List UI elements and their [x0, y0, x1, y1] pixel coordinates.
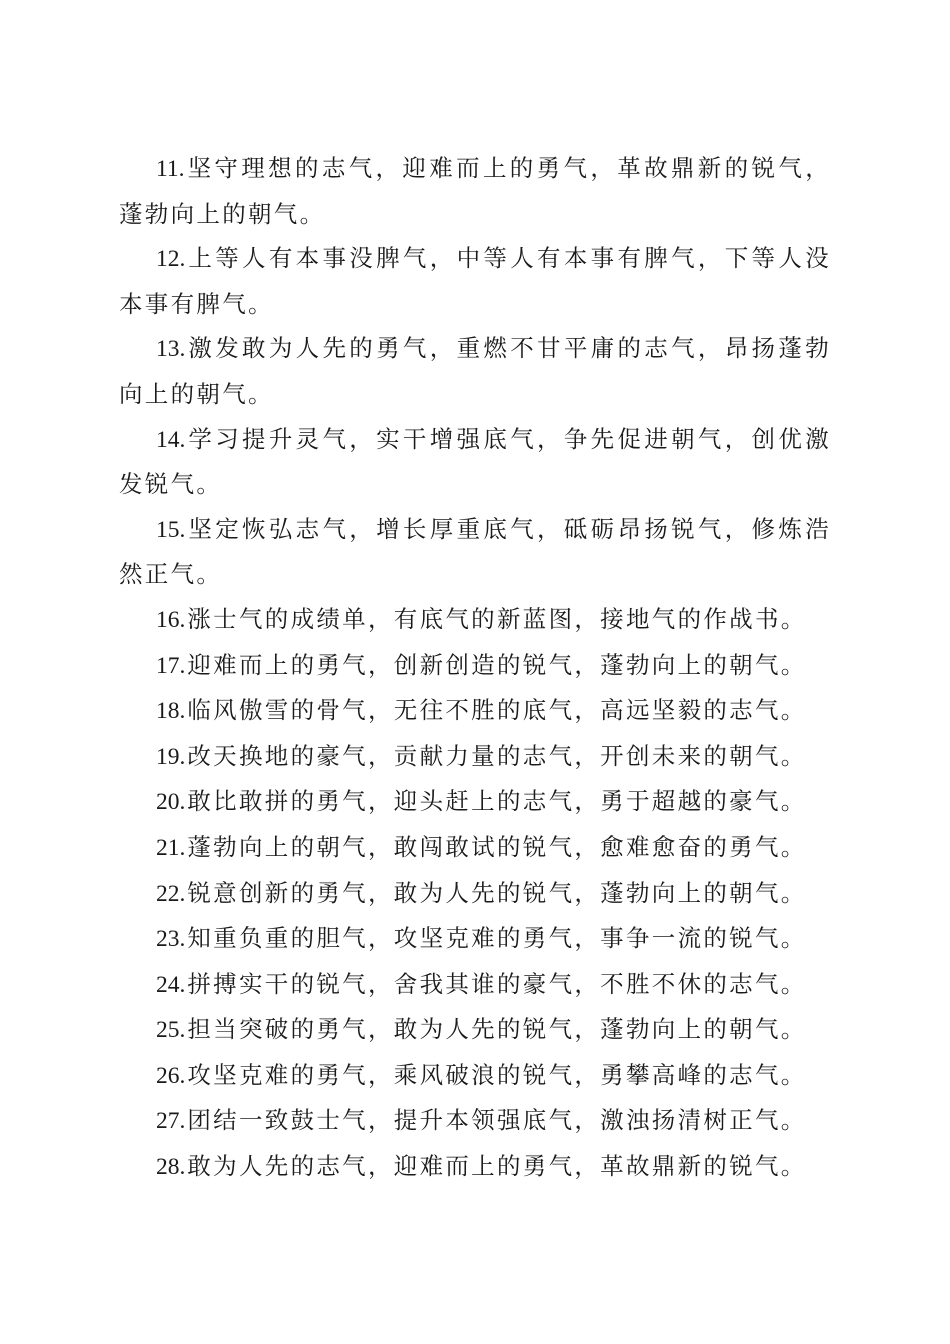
item-text: 团结一致鼓士气，提升本领强底气，激浊扬清树正气。 [187, 1106, 806, 1134]
item-text: 学习提升灵气，实干增强底气，争先促进朝气，创优激发锐气。 [119, 425, 831, 499]
list-item-18: 18.临风傲雪的骨气，无往不胜的底气，高远坚毅的志气。 [119, 688, 831, 734]
item-number: 26. [156, 1063, 185, 1089]
list-item-24: 24.拼搏实干的锐气，舍我其谁的豪气，不胜不休的志气。 [119, 962, 831, 1008]
list-item-27: 27.团结一致鼓士气，提升本领强底气，激浊扬清树正气。 [119, 1098, 831, 1144]
item-number: 11. [156, 156, 185, 182]
list-item-22: 22.锐意创新的勇气，敢为人先的锐气，蓬勃向上的朝气。 [119, 871, 831, 917]
document-page: 11.坚守理想的志气，迎难而上的勇气，革故鼎新的锐气，蓬勃向上的朝气。 12.上… [119, 146, 831, 1190]
item-number: 17. [156, 653, 185, 679]
list-item-25: 25.担当突破的勇气，敢为人先的锐气，蓬勃向上的朝气。 [119, 1007, 831, 1053]
item-text: 坚守理想的志气，迎难而上的勇气，革故鼎新的锐气，蓬勃向上的朝气。 [119, 154, 831, 228]
item-number: 28. [156, 1154, 185, 1180]
item-number: 20. [156, 789, 185, 815]
item-text: 临风傲雪的骨气，无往不胜的底气，高远坚毅的志气。 [187, 696, 806, 724]
list-item-13: 13.激发敢为人先的勇气，重燃不甘平庸的志气，昂扬蓬勃向上的朝气。 [119, 326, 831, 416]
item-text: 担当突破的勇气，敢为人先的锐气，蓬勃向上的朝气。 [187, 1015, 806, 1043]
item-text: 拼搏实干的锐气，舍我其谁的豪气，不胜不休的志气。 [187, 970, 806, 998]
item-text: 敢为人先的志气，迎难而上的勇气，革故鼎新的锐气。 [187, 1152, 806, 1180]
item-number: 23. [156, 926, 185, 952]
list-item-20: 20.敢比敢拼的勇气，迎头赶上的志气，勇于超越的豪气。 [119, 779, 831, 825]
item-number: 27. [156, 1108, 185, 1134]
item-number: 15. [156, 517, 185, 543]
list-item-15: 15.坚定恢弘志气，增长厚重底气，砥砺昂扬锐气，修炼浩然正气。 [119, 507, 831, 597]
item-number: 25. [156, 1017, 185, 1043]
item-number: 13. [156, 336, 185, 362]
item-text: 攻坚克难的勇气，乘风破浪的锐气，勇攀高峰的志气。 [187, 1061, 806, 1089]
item-number: 14. [156, 427, 185, 453]
list-item-16: 16.涨士气的成绩单，有底气的新蓝图，接地气的作战书。 [119, 597, 831, 643]
item-number: 12. [156, 246, 185, 272]
item-number: 16. [156, 607, 185, 633]
item-text: 改天换地的豪气，贡献力量的志气，开创未来的朝气。 [187, 742, 806, 770]
item-number: 24. [156, 972, 185, 998]
list-item-23: 23.知重负重的胆气，攻坚克难的勇气，事争一流的锐气。 [119, 916, 831, 962]
item-text: 坚定恢弘志气，增长厚重底气，砥砺昂扬锐气，修炼浩然正气。 [119, 515, 831, 589]
list-item-14: 14.学习提升灵气，实干增强底气，争先促进朝气，创优激发锐气。 [119, 417, 831, 507]
item-text: 知重负重的胆气，攻坚克难的勇气，事争一流的锐气。 [187, 924, 806, 952]
item-text: 激发敢为人先的勇气，重燃不甘平庸的志气，昂扬蓬勃向上的朝气。 [119, 334, 831, 408]
list-item-28: 28.敢为人先的志气，迎难而上的勇气，革故鼎新的锐气。 [119, 1144, 831, 1190]
item-number: 22. [156, 881, 185, 907]
list-item-17: 17.迎难而上的勇气，创新创造的锐气，蓬勃向上的朝气。 [119, 643, 831, 689]
list-item-21: 21.蓬勃向上的朝气，敢闯敢试的锐气，愈难愈奋的勇气。 [119, 825, 831, 871]
list-item-26: 26.攻坚克难的勇气，乘风破浪的锐气，勇攀高峰的志气。 [119, 1053, 831, 1099]
item-text: 锐意创新的勇气，敢为人先的锐气，蓬勃向上的朝气。 [187, 879, 806, 907]
item-text: 上等人有本事没脾气，中等人有本事有脾气，下等人没本事有脾气。 [119, 244, 831, 318]
item-number: 18. [156, 698, 185, 724]
item-text: 迎难而上的勇气，创新创造的锐气，蓬勃向上的朝气。 [187, 651, 806, 679]
list-item-11: 11.坚守理想的志气，迎难而上的勇气，革故鼎新的锐气，蓬勃向上的朝气。 [119, 146, 831, 236]
list-item-19: 19.改天换地的豪气，贡献力量的志气，开创未来的朝气。 [119, 734, 831, 780]
item-number: 21. [156, 835, 185, 861]
item-text: 涨士气的成绩单，有底气的新蓝图，接地气的作战书。 [187, 605, 806, 633]
list-item-12: 12.上等人有本事没脾气，中等人有本事有脾气，下等人没本事有脾气。 [119, 236, 831, 326]
item-number: 19. [156, 744, 185, 770]
item-text: 蓬勃向上的朝气，敢闯敢试的锐气，愈难愈奋的勇气。 [187, 833, 806, 861]
item-text: 敢比敢拼的勇气，迎头赶上的志气，勇于超越的豪气。 [187, 787, 806, 815]
